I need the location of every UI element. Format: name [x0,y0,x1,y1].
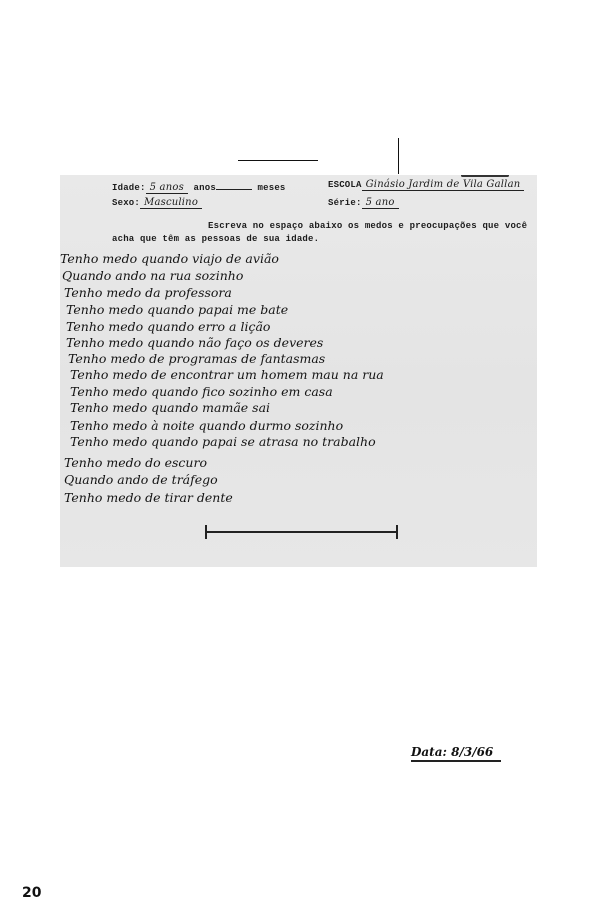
date-stamp: Data: 8/3/66 [411,745,501,762]
instruction-line-2: acha que têm as pessoas de sua idade. [112,234,319,244]
sex-label: Sexo: [112,198,140,208]
handwritten-line: Tenho medo quando mamãe sai [70,400,270,415]
handwritten-line: Tenho medo quando erro a lição [66,319,270,334]
handwritten-line: Tenho medo quando papai se atrasa no tra… [70,434,376,449]
age-field: Idade:5 anos anos meses [112,181,286,194]
instruction-line-1: Escreva no espaço abaixo os medos e preo… [208,221,527,231]
handwritten-line: Quando ando de tráfego [64,472,218,487]
page-number: 20 [22,885,41,901]
handwritten-line: Tenho medo quando fico sozinho em casa [70,384,333,399]
handwritten-line: Tenho medo da professora [64,285,232,300]
handwritten-line: Tenho medo do escuro [64,455,207,470]
handwritten-line: Tenho medo quando não faço os deveres [66,335,323,350]
decorative-vertical-line [398,138,399,174]
grade-label: Série: [328,198,362,208]
years-label: anos [194,183,216,193]
grade-field: Série:5 ano [328,197,399,209]
handwritten-line: Tenho medo quando viajo de avião [60,251,279,266]
pen-stroke [461,175,509,177]
grade-value: 5 ano [362,197,399,209]
decorative-horizontal-line [238,160,318,161]
handwritten-line: Tenho medo à noite quando durmo sozinho [70,418,343,433]
school-field: ESCOLAGinásio Jardim de Vila Gallan [328,179,524,191]
handwritten-line: Tenho medo de programas de fantasmas [68,351,325,366]
scanned-questionnaire: Idade:5 anos anos meses Sexo:Masculino E… [60,175,537,567]
handwritten-line: Tenho medo de encontrar um homem mau na … [70,367,384,382]
school-value: Ginásio Jardim de Vila Gallan [362,179,525,191]
months-label: meses [258,183,286,193]
end-marker-line [205,531,398,533]
age-value: 5 anos [146,182,188,194]
sex-value: Masculino [140,197,202,209]
handwritten-line: Tenho medo quando papai me bate [66,302,288,317]
handwritten-line: Tenho medo de tirar dente [64,490,233,505]
sex-field: Sexo:Masculino [112,197,202,209]
school-label: ESCOLA [328,180,362,190]
handwritten-line: Quando ando na rua sozinho [62,268,243,283]
years-blank [216,181,252,190]
age-label: Idade: [112,183,146,193]
